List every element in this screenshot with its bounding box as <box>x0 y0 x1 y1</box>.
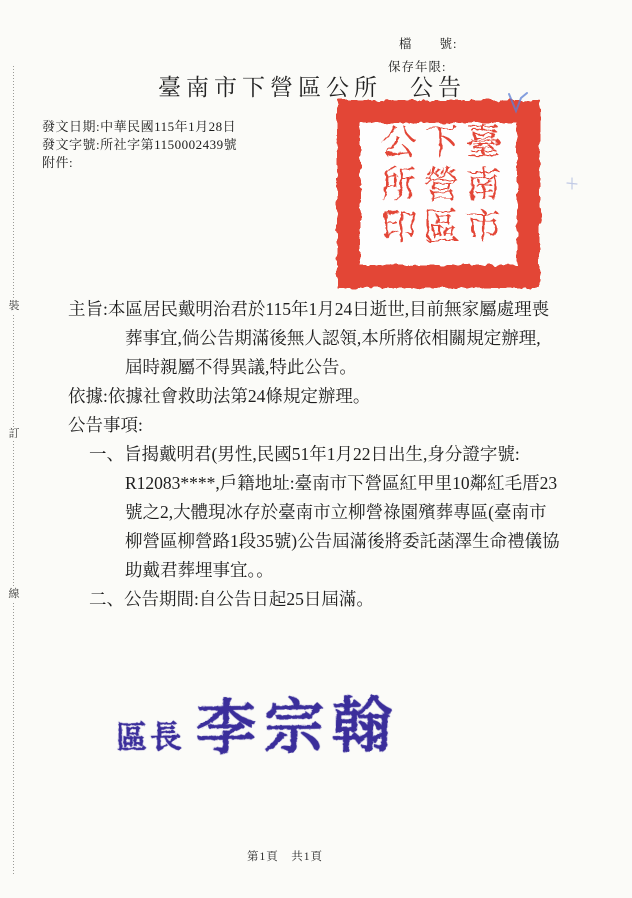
binding-dotted-line <box>13 66 14 874</box>
document-title: 臺南市下營區公所 公告 <box>0 69 632 102</box>
pen-checkmark-artifact <box>505 90 531 118</box>
announcement-item-2: 二、公告期間:自公告日起25日屆滿。 <box>68 585 592 614</box>
signer-name: 李宗翰 <box>195 696 400 760</box>
document-meta: 發文日期:中華民國115年1月28日 發文字號:所社字第1150002439號 … <box>42 118 237 172</box>
announcement-item-1: 一、旨揭戴明君(男性,民國51年1月22日出生,身分證字號: R12083***… <box>68 440 592 585</box>
signer-title: 區長 <box>116 721 185 753</box>
binding-mark-zhuang: 裝 <box>6 300 22 313</box>
subject-paragraph: 主旨:本區居民戴明治君於115年1月24日逝世,目前無家屬處理喪 葬事宜,倘公告… <box>68 295 592 382</box>
signature-stamp: 區長 李宗翰 <box>115 696 400 761</box>
items-heading: 公告事項: <box>68 411 592 440</box>
issue-date-line: 發文日期:中華民國115年1月28日 <box>42 118 237 136</box>
binding-mark-xian: 線 <box>6 588 22 601</box>
basis-paragraph: 依據:依據社會救助法第24條規定辦理。 <box>68 382 592 411</box>
announcement-body: 主旨:本區居民戴明治君於115年1月24日逝世,目前無家屬處理喪 葬事宜,倘公告… <box>68 295 592 614</box>
file-number-label: 檔 號: <box>399 34 457 52</box>
page-number-footer: 第1頁 共1頁 <box>0 848 632 864</box>
official-red-seal: 臺南市下營區公所印 <box>337 100 540 288</box>
attachment-line: 附件: <box>42 154 237 172</box>
seal-text: 臺南市下營區公所印 <box>375 123 502 265</box>
doc-number-line: 發文字號:所社字第1150002439號 <box>42 136 237 154</box>
pen-tick-artifact <box>565 176 579 192</box>
binding-mark-ding: 訂 <box>6 428 22 441</box>
